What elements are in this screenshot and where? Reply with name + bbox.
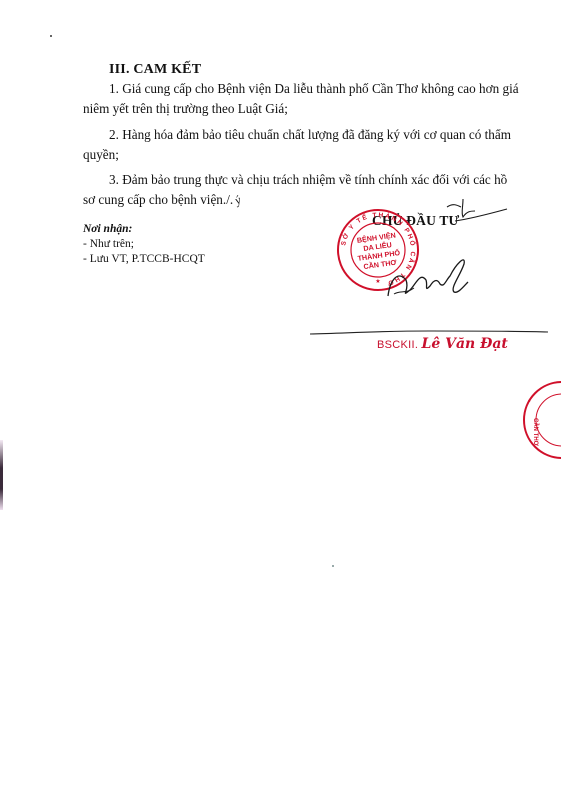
commitment-1-line2: niêm yết trên thị trường theo Luật Giá;	[83, 101, 288, 116]
signer-degree: BSCKII.	[377, 339, 418, 351]
commitment-1-line1: 1. Giá cung cấp cho Bệnh viện Da liễu th…	[83, 79, 553, 99]
initial-flourish-icon	[445, 197, 510, 227]
commitment-2-line2: quyền;	[83, 147, 119, 162]
signer-name: BSCKII. Lê Văn Đạt	[377, 336, 508, 352]
recipient-item: - Lưu VT, P.TCCB-HCQT	[83, 252, 205, 267]
recipients-title: Nơi nhận:	[83, 222, 205, 237]
signer-fullname: Lê Văn Đạt	[421, 336, 507, 352]
signature-icon	[380, 250, 480, 300]
section-heading: III. CAM KẾT	[109, 62, 201, 78]
scan-edge-artifact	[0, 440, 3, 510]
partial-seal-icon: CẦN THƠ o	[520, 378, 561, 462]
document-page: III. CAM KẾT 1. Giá cung cấp cho Bệnh vi…	[0, 0, 561, 800]
scan-speck	[50, 35, 52, 37]
handwritten-initial-mark: ý	[231, 190, 244, 210]
recipients-block: Nơi nhận: - Như trên; - Lưu VT, P.TCCB-H…	[83, 222, 205, 267]
commitment-1: 1. Giá cung cấp cho Bệnh viện Da liễu th…	[83, 79, 553, 119]
scan-speck	[332, 565, 334, 567]
commitment-2-line1: 2. Hàng hóa đảm bảo tiêu chuẩn chất lượn…	[83, 125, 553, 145]
svg-text:CẦN THƠ: CẦN THƠ	[532, 418, 539, 447]
recipient-item: - Như trên;	[83, 237, 205, 252]
commitment-3-line1: 3. Đảm bảo trung thực và chịu trách nhiệ…	[83, 170, 553, 190]
commitment-3-line2: sơ cung cấp cho bệnh viện./.	[83, 192, 233, 207]
commitment-2: 2. Hàng hóa đảm bảo tiêu chuẩn chất lượn…	[83, 125, 553, 165]
